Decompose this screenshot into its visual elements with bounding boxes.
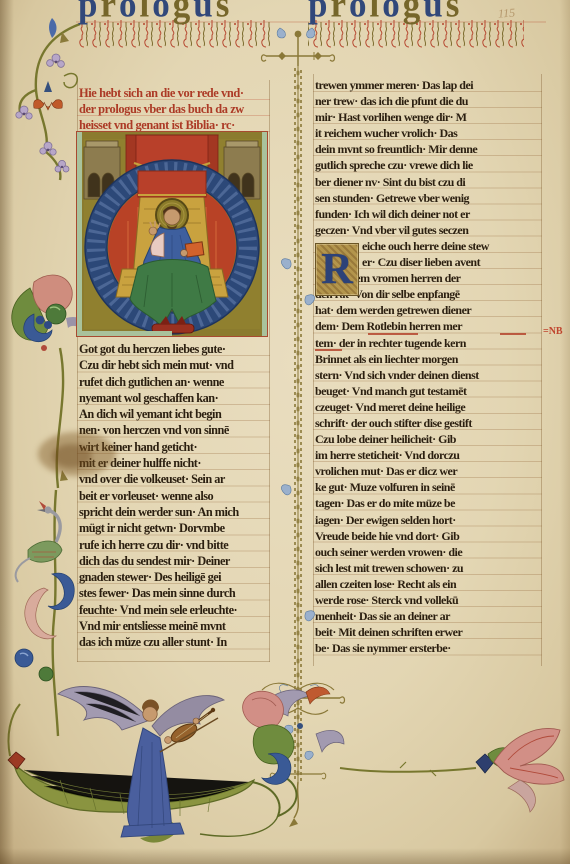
text-line: sen stunden· Getrewe vber wenig xyxy=(315,190,541,206)
text-line: beuget· Vnd manch gut testamēt xyxy=(315,383,541,399)
text-line: nen· von herczen vnd von sinnē xyxy=(79,422,270,438)
text-line: funden· Ich wil dich deiner not er xyxy=(315,206,541,222)
manuscript-page: prologus prologus 115 Hie hebt sich an d… xyxy=(0,0,570,864)
text-line: ner trew· das ich die pfunt die du xyxy=(315,93,541,109)
text-line: Czu lobe deiner heilicheit· Gib xyxy=(315,431,541,447)
text-line: be· Das sie nymmer ersterbe· xyxy=(315,640,541,656)
text-line: nyemant wol geschaffen kan· xyxy=(79,390,270,406)
text-line: das ich mŭze czu aller stunt· In xyxy=(79,634,270,650)
text-line: vrolichen mut· Das er dicz wer xyxy=(315,463,541,479)
text-line: vnd over die volkeuset· Sein ar xyxy=(79,471,270,487)
text-line: tem· der in rechter tugende kern xyxy=(315,335,541,351)
text-line: Vreude beide hie vnd dort· Gib xyxy=(315,528,541,544)
rubric-line: der prologus vber das buch da zw xyxy=(79,101,271,117)
text-line: ber diener nv· Sint du bist czu di xyxy=(315,174,541,190)
text-line: menheit· Das sie an deiner ar xyxy=(315,608,541,624)
red-underline xyxy=(368,333,418,335)
rubric-incipit: Hie hebt sich an die vor rede vnd·der pr… xyxy=(79,85,271,133)
text-line: stern· Vnd sich vnder deinen dienst xyxy=(315,367,541,383)
text-line: hat· dem werden getrewen diener xyxy=(315,302,541,318)
text-line: Got got du herczen liebes gute· xyxy=(79,341,270,357)
text-line: rufet dich gutlichen an· wenne xyxy=(79,374,270,390)
text-line: geczen· Vnd vber vil gutes seczen xyxy=(315,222,541,238)
text-line: czeuget· Vnd meret deine heilige xyxy=(315,399,541,415)
left-text-column: Got got du herczen liebes gute·Czu dir h… xyxy=(79,341,270,651)
text-line: mit er deiner hulffe nicht· xyxy=(79,455,270,471)
right-text-column: trewen ymmer meren· Das lap deiner trew·… xyxy=(315,77,541,656)
text-line: beit er vorleuset· wenne also xyxy=(79,488,270,504)
text-line: iagen· Der ewigen selden hort· xyxy=(315,512,541,528)
foliate-border-art xyxy=(0,18,88,778)
red-underline xyxy=(500,333,526,335)
text-line: dein mvnt so freuntlich· Mir denne xyxy=(315,141,541,157)
text-line: Brinnet als ein liechter morgen xyxy=(315,351,541,367)
rubric-line: Hie hebt sich an die vor rede vnd· xyxy=(79,85,271,101)
text-line: dich das du sendest mir· Deiner xyxy=(79,553,270,569)
text-line: Vnd mir entsliesse meinē mvnt xyxy=(79,618,270,634)
column-rule xyxy=(541,74,542,666)
text-line: wirt keiner hand geticht· xyxy=(79,439,270,455)
illuminated-initial-R: R xyxy=(315,243,359,296)
text-line: An dich wil yemant icht begin xyxy=(79,406,270,422)
text-line: sich lest mit trewen schowen· zu xyxy=(315,560,541,576)
text-line: Czu dir hebt sich mein mut· vnd xyxy=(79,357,270,373)
christ-enthroned-miniature xyxy=(76,131,268,337)
red-underline xyxy=(315,349,342,351)
text-line: schrift· der ouch stifter dise gestift xyxy=(315,415,541,431)
text-line: rufe ich herre czu dir· vnd bitte xyxy=(79,537,270,553)
text-line: mügt ir nicht getwn· Dorvmbe xyxy=(79,520,270,536)
text-line: tagen· Das er do mite müze be xyxy=(315,495,541,511)
text-line: feuchte· Vnd mein sele erleuchte· xyxy=(79,602,270,618)
corner-annotation: 115 xyxy=(497,5,515,21)
text-line: trewen ymmer meren· Das lap dei xyxy=(315,77,541,93)
text-line: ke gut· Muze volfuren in seinē xyxy=(315,479,541,495)
text-line: gutlich spreche czu· vrewe dich lie xyxy=(315,157,541,173)
running-title-right: prologus xyxy=(308,0,462,25)
text-line: allen czeiten lose· Recht als ein xyxy=(315,576,541,592)
text-line: werde rose· Sterck vnd vollekū xyxy=(315,592,541,608)
running-title-left: prologus xyxy=(78,0,232,25)
text-line: it reichem wucher vrolich· Das xyxy=(315,125,541,141)
text-line: mir· Hast vorlihen wenge dir· M xyxy=(315,109,541,125)
text-line: stes fewer· Das mein sinne durch xyxy=(79,585,270,601)
nota-bene-mark: =NB xyxy=(543,326,563,337)
text-line: gnaden stewer· Des heiligē gei xyxy=(79,569,270,585)
text-line: spricht dein werder sun· An mich xyxy=(79,504,270,520)
text-line: im herre steticheit· Vnd dorczu xyxy=(315,447,541,463)
text-line: beit· Mit deinen schriften erwer xyxy=(315,624,541,640)
text-line: ouch seiner werden vrowen· die xyxy=(315,544,541,560)
baseline-rule xyxy=(77,661,270,662)
angel-musician-art xyxy=(0,676,570,864)
